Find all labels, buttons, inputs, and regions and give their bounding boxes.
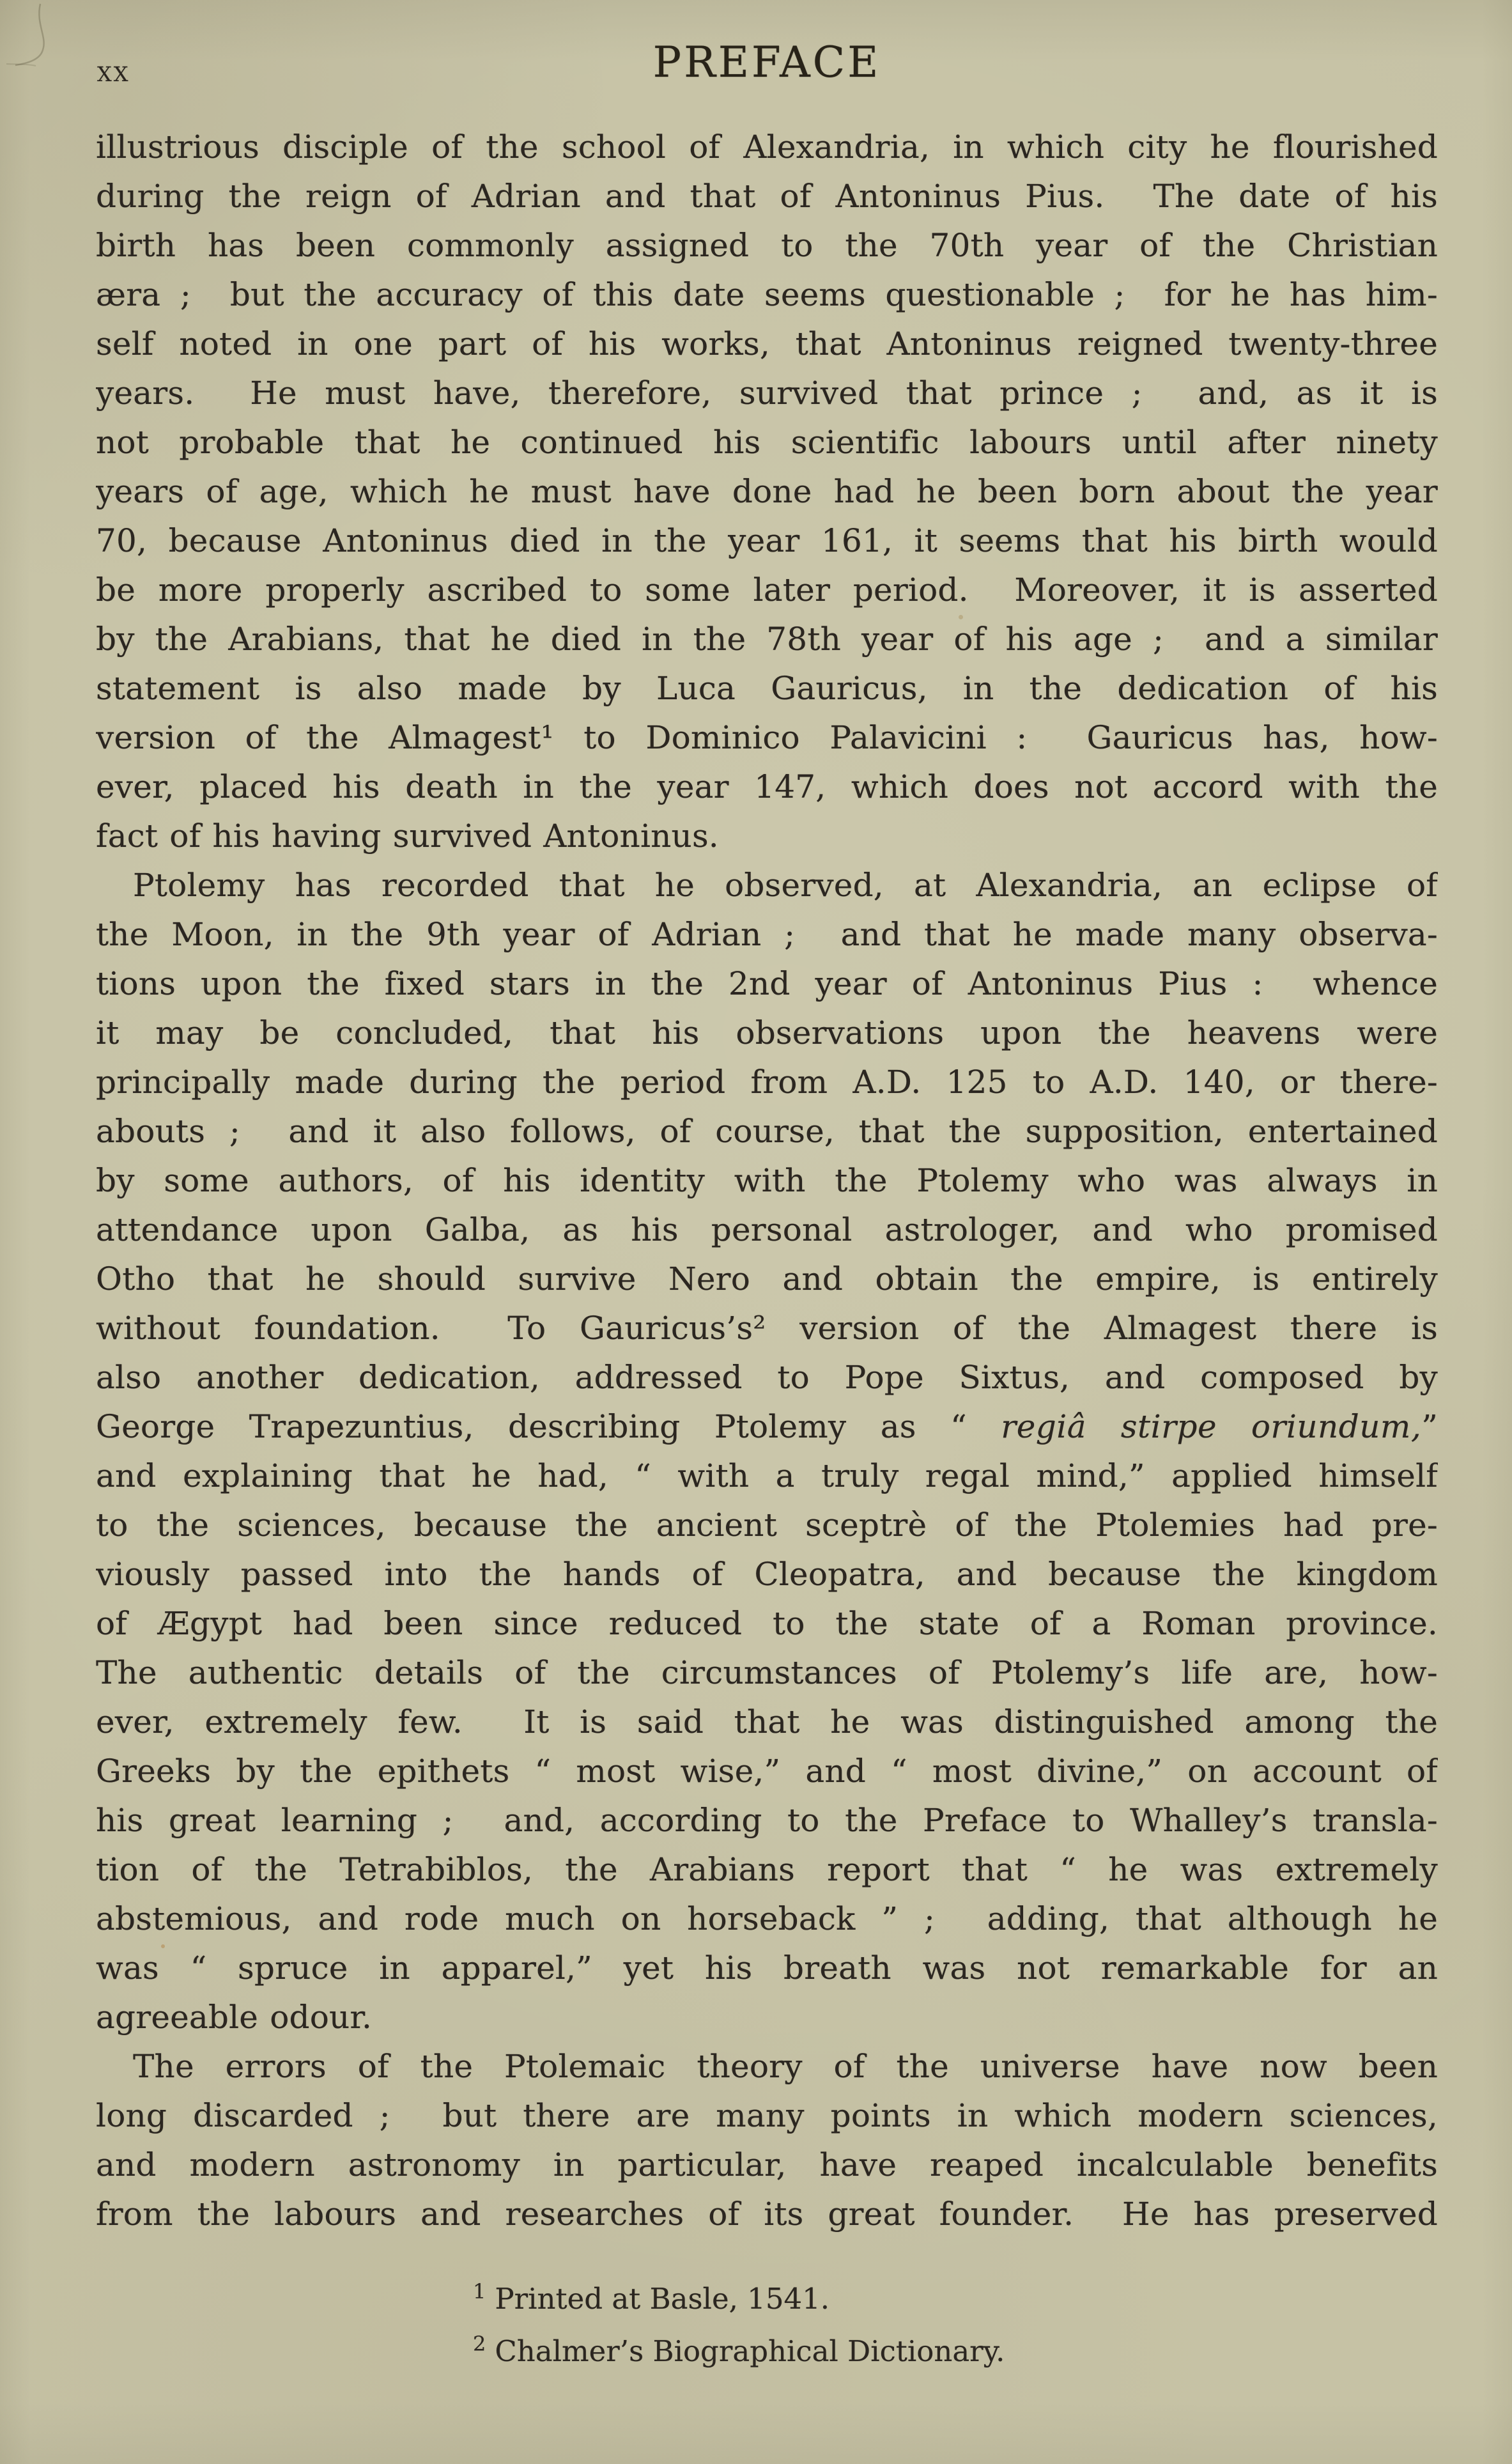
body-line: birth has been commonly assigned to the … xyxy=(96,221,1438,270)
body-line: principally made during the period from … xyxy=(96,1058,1438,1107)
body-line: years of age, which he must have done ha… xyxy=(96,467,1438,516)
body-line: without foundation. To Gauricus’s² versi… xyxy=(96,1304,1438,1353)
body-line: illustrious disciple of the school of Al… xyxy=(96,123,1438,172)
book-page: xx PREFACE illustrious disciple of the s… xyxy=(0,0,1512,2464)
footnote-marker: 1 xyxy=(473,2279,486,2304)
body-line: version of the Almagest¹ to Dominico Pal… xyxy=(96,713,1438,763)
footnotes: 1Printed at Basle, 1541.2Chalmer’s Biogr… xyxy=(473,2273,1005,2378)
body-line: it may be concluded, that his observatio… xyxy=(96,1009,1438,1058)
page-header: xx PREFACE xyxy=(96,37,1438,95)
body-line: and modern astronomy in particular, have… xyxy=(96,2141,1438,2190)
body-line: from the labours and researches of its g… xyxy=(96,2190,1438,2239)
body-line: George Trapezuntius, describing Ptolemy … xyxy=(96,1402,1438,1452)
body-line: years. He must have, therefore, survived… xyxy=(96,369,1438,418)
body-line: self noted in one part of his works, tha… xyxy=(96,320,1438,369)
body-line: The errors of the Ptolemaic theory of th… xyxy=(96,2042,1438,2091)
body-line: long discarded ; but there are many poin… xyxy=(96,2091,1438,2141)
body-line: by some authors, of his identity with th… xyxy=(96,1156,1438,1205)
body-line: abouts ; and it also follows, of course,… xyxy=(96,1107,1438,1156)
body-line: statement is also made by Luca Gauricus,… xyxy=(96,664,1438,713)
body-line: æra ; but the accuracy of this date seem… xyxy=(96,270,1438,320)
body-line: The authentic details of the circumstanc… xyxy=(96,1648,1438,1698)
body-line: agreeable odour. xyxy=(96,1993,1438,2042)
body-line: ever, placed his death in the year 147, … xyxy=(96,763,1438,812)
footnote-line: 1Printed at Basle, 1541. xyxy=(473,2273,1005,2325)
body-text: illustrious disciple of the school of Al… xyxy=(96,123,1438,2239)
footnote-line: 2Chalmer’s Biographical Dictionary. xyxy=(473,2325,1005,2378)
body-line: of Ægypt had been since reduced to the s… xyxy=(96,1599,1438,1648)
body-line: be more properly ascribed to some later … xyxy=(96,566,1438,615)
body-line: Otho that he should survive Nero and obt… xyxy=(96,1255,1438,1304)
body-line: Ptolemy has recorded that he observed, a… xyxy=(96,861,1438,910)
body-line: to the sciences, because the ancient sce… xyxy=(96,1501,1438,1550)
body-line: viously passed into the hands of Cleopat… xyxy=(96,1550,1438,1599)
body-line: ever, extremely few. It is said that he … xyxy=(96,1698,1438,1747)
body-line: fact of his having survived Antoninus. xyxy=(96,812,1438,861)
body-line: Greeks by the epithets “ most wise,” and… xyxy=(96,1747,1438,1796)
body-line: abstemious, and rode much on horseback ”… xyxy=(96,1894,1438,1944)
body-line: during the reign of Adrian and that of A… xyxy=(96,172,1438,221)
body-line: the Moon, in the 9th year of Adrian ; an… xyxy=(96,910,1438,959)
body-line: attendance upon Galba, as his personal a… xyxy=(96,1205,1438,1255)
body-line: not probable that he continued his scien… xyxy=(96,418,1438,467)
body-line: also another dedication, addressed to Po… xyxy=(96,1353,1438,1402)
page-title: PREFACE xyxy=(96,37,1438,88)
body-line: was “ spruce in apparel,” yet his breath… xyxy=(96,1944,1438,1993)
body-line: his great learning ; and, according to t… xyxy=(96,1796,1438,1845)
footnote-marker: 2 xyxy=(473,2332,486,2356)
body-line: 70, because Antoninus died in the year 1… xyxy=(96,516,1438,566)
body-line: and explaining that he had, “ with a tru… xyxy=(96,1452,1438,1501)
body-line: tion of the Tetrabiblos, the Arabians re… xyxy=(96,1845,1438,1894)
body-line: tions upon the fixed stars in the 2nd ye… xyxy=(96,959,1438,1009)
body-line: by the Arabians, that he died in the 78t… xyxy=(96,615,1438,664)
